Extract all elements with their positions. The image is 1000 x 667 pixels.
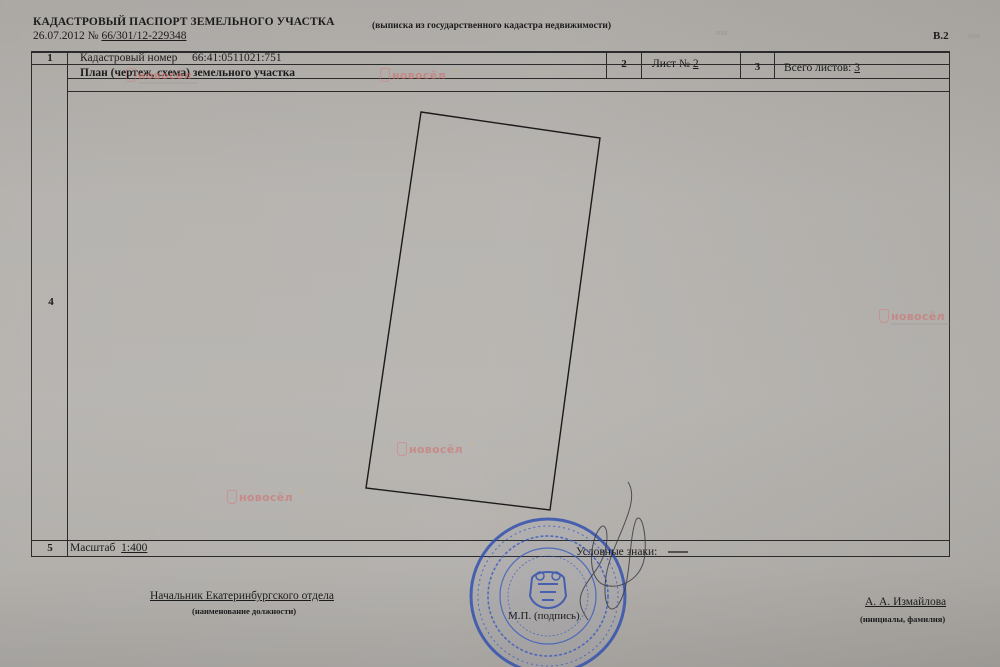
name-caption: (инициалы, фамилия): [860, 614, 945, 624]
watermark-logo-icon: [397, 442, 407, 456]
official-position: Начальник Екатеринбургского отдела: [150, 590, 334, 602]
official-name: А. А. Измайлова: [865, 596, 946, 608]
watermark-logo-icon: [879, 309, 889, 323]
legend-label: Условные знаки:: [576, 546, 657, 558]
watermark-text: новосёл: [392, 69, 446, 82]
watermark-text: новосёл: [891, 310, 945, 323]
watermark: новосёл ⌂: [397, 442, 463, 456]
watermark: новосёл ⌂: [380, 68, 446, 82]
watermark-text: новосёл: [239, 491, 293, 504]
house-icon: ⌂: [452, 64, 457, 74]
watermark: новосёл: [879, 309, 945, 323]
watermark: новосёл: [126, 68, 192, 82]
watermark-text: новосёл: [138, 69, 192, 82]
watermark-subline: [891, 323, 951, 325]
watermark: новосёл ⌂: [227, 490, 293, 504]
watermark-logo-icon: [380, 68, 390, 82]
watermark-subline: [138, 82, 198, 84]
position-caption: (наименование должности): [192, 606, 296, 616]
stamp-label: М.П. (подпись): [508, 610, 580, 622]
cadastral-passport-page: КАДАСТРОВЫЙ ПАСПОРТ ЗЕМЕЛЬНОГО УЧАСТКА (…: [0, 0, 1000, 667]
house-icon: ⌂: [299, 486, 304, 496]
official-stamp: [471, 519, 625, 667]
plan-drawing: [0, 0, 1000, 667]
watermark-logo-icon: [227, 490, 237, 504]
house-icon: ⌂: [469, 438, 474, 448]
watermark-logo-icon: [126, 68, 136, 82]
watermark-text: новосёл: [409, 443, 463, 456]
